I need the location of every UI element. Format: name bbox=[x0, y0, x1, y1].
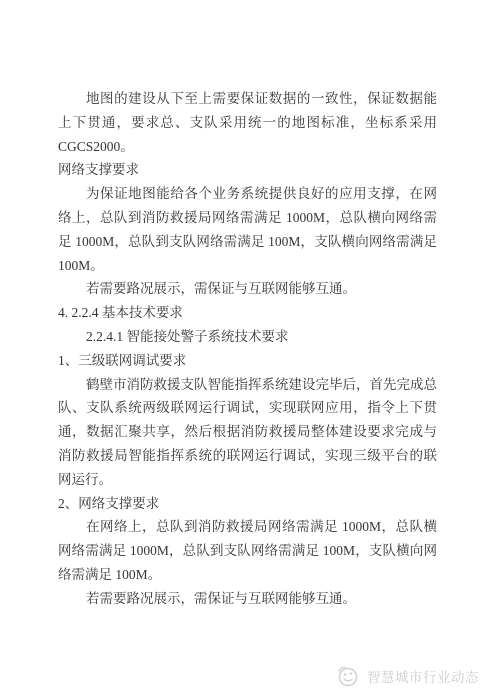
text-line: 100M。 bbox=[58, 254, 437, 278]
text-line: 若需要路况展示，需保证与互联网能够互通。 bbox=[58, 587, 437, 611]
text-line: 网运行。 bbox=[58, 468, 437, 492]
document-body: 地图的建设从下至上需要保证数据的一致性，保证数据能上下贯通，要求总、支队采用统一… bbox=[58, 87, 437, 611]
text-line: 通，数据汇聚共享，然后根据消防救援局整体建设要求完成与 bbox=[58, 420, 437, 444]
watermark-logo-icon bbox=[335, 665, 361, 687]
text-line: 网络支撑要求 bbox=[58, 158, 437, 182]
text-line: 足 1000M，总队到支队网络需满足 100M，支队横向网络需满足 bbox=[58, 230, 437, 254]
text-line: 络上，总队到消防救援局网络需满足 1000M，总队横向网络需满 bbox=[58, 206, 437, 230]
watermark-label: 智慧城市行业动态 bbox=[367, 666, 479, 686]
text-line: 队、支队系统两级联网运行调试，实现联网应用，指令上下贯 bbox=[58, 396, 437, 420]
text-line: 2、网络支撑要求 bbox=[58, 492, 437, 516]
text-line: 若需要路况展示，需保证与互联网能够互通。 bbox=[58, 277, 437, 301]
text-line: 消防救援局智能指挥系统的联网运行调试，实现三级平台的联 bbox=[58, 444, 437, 468]
text-line: 鹤壁市消防救援支队智能指挥系统建设完毕后，首先完成总 bbox=[58, 373, 437, 397]
text-line: 为保证地图能给各个业务系统提供良好的应用支撑，在网 bbox=[58, 182, 437, 206]
text-line: 网络需满足 1000M，总队到支队网络需满足 100M，支队横向网 bbox=[58, 539, 437, 563]
text-line: 络需满足 100M。 bbox=[58, 563, 437, 587]
text-line: 4. 2.2.4 基本技术要求 bbox=[58, 301, 437, 325]
document-page: 地图的建设从下至上需要保证数据的一致性，保证数据能上下贯通，要求总、支队采用统一… bbox=[0, 0, 495, 700]
watermark: 智慧城市行业动态 bbox=[335, 665, 479, 687]
text-line: 2.2.4.1 智能接处警子系统技术要求 bbox=[58, 325, 437, 349]
text-line: 1、三级联网调试要求 bbox=[58, 349, 437, 373]
text-line: 地图的建设从下至上需要保证数据的一致性，保证数据能 bbox=[58, 87, 437, 111]
text-line: 上下贯通，要求总、支队采用统一的地图标准，坐标系采用 bbox=[58, 111, 437, 135]
text-line: CGCS2000。 bbox=[58, 135, 437, 159]
text-line: 在网络上，总队到消防救援局网络需满足 1000M，总队横向 bbox=[58, 515, 437, 539]
